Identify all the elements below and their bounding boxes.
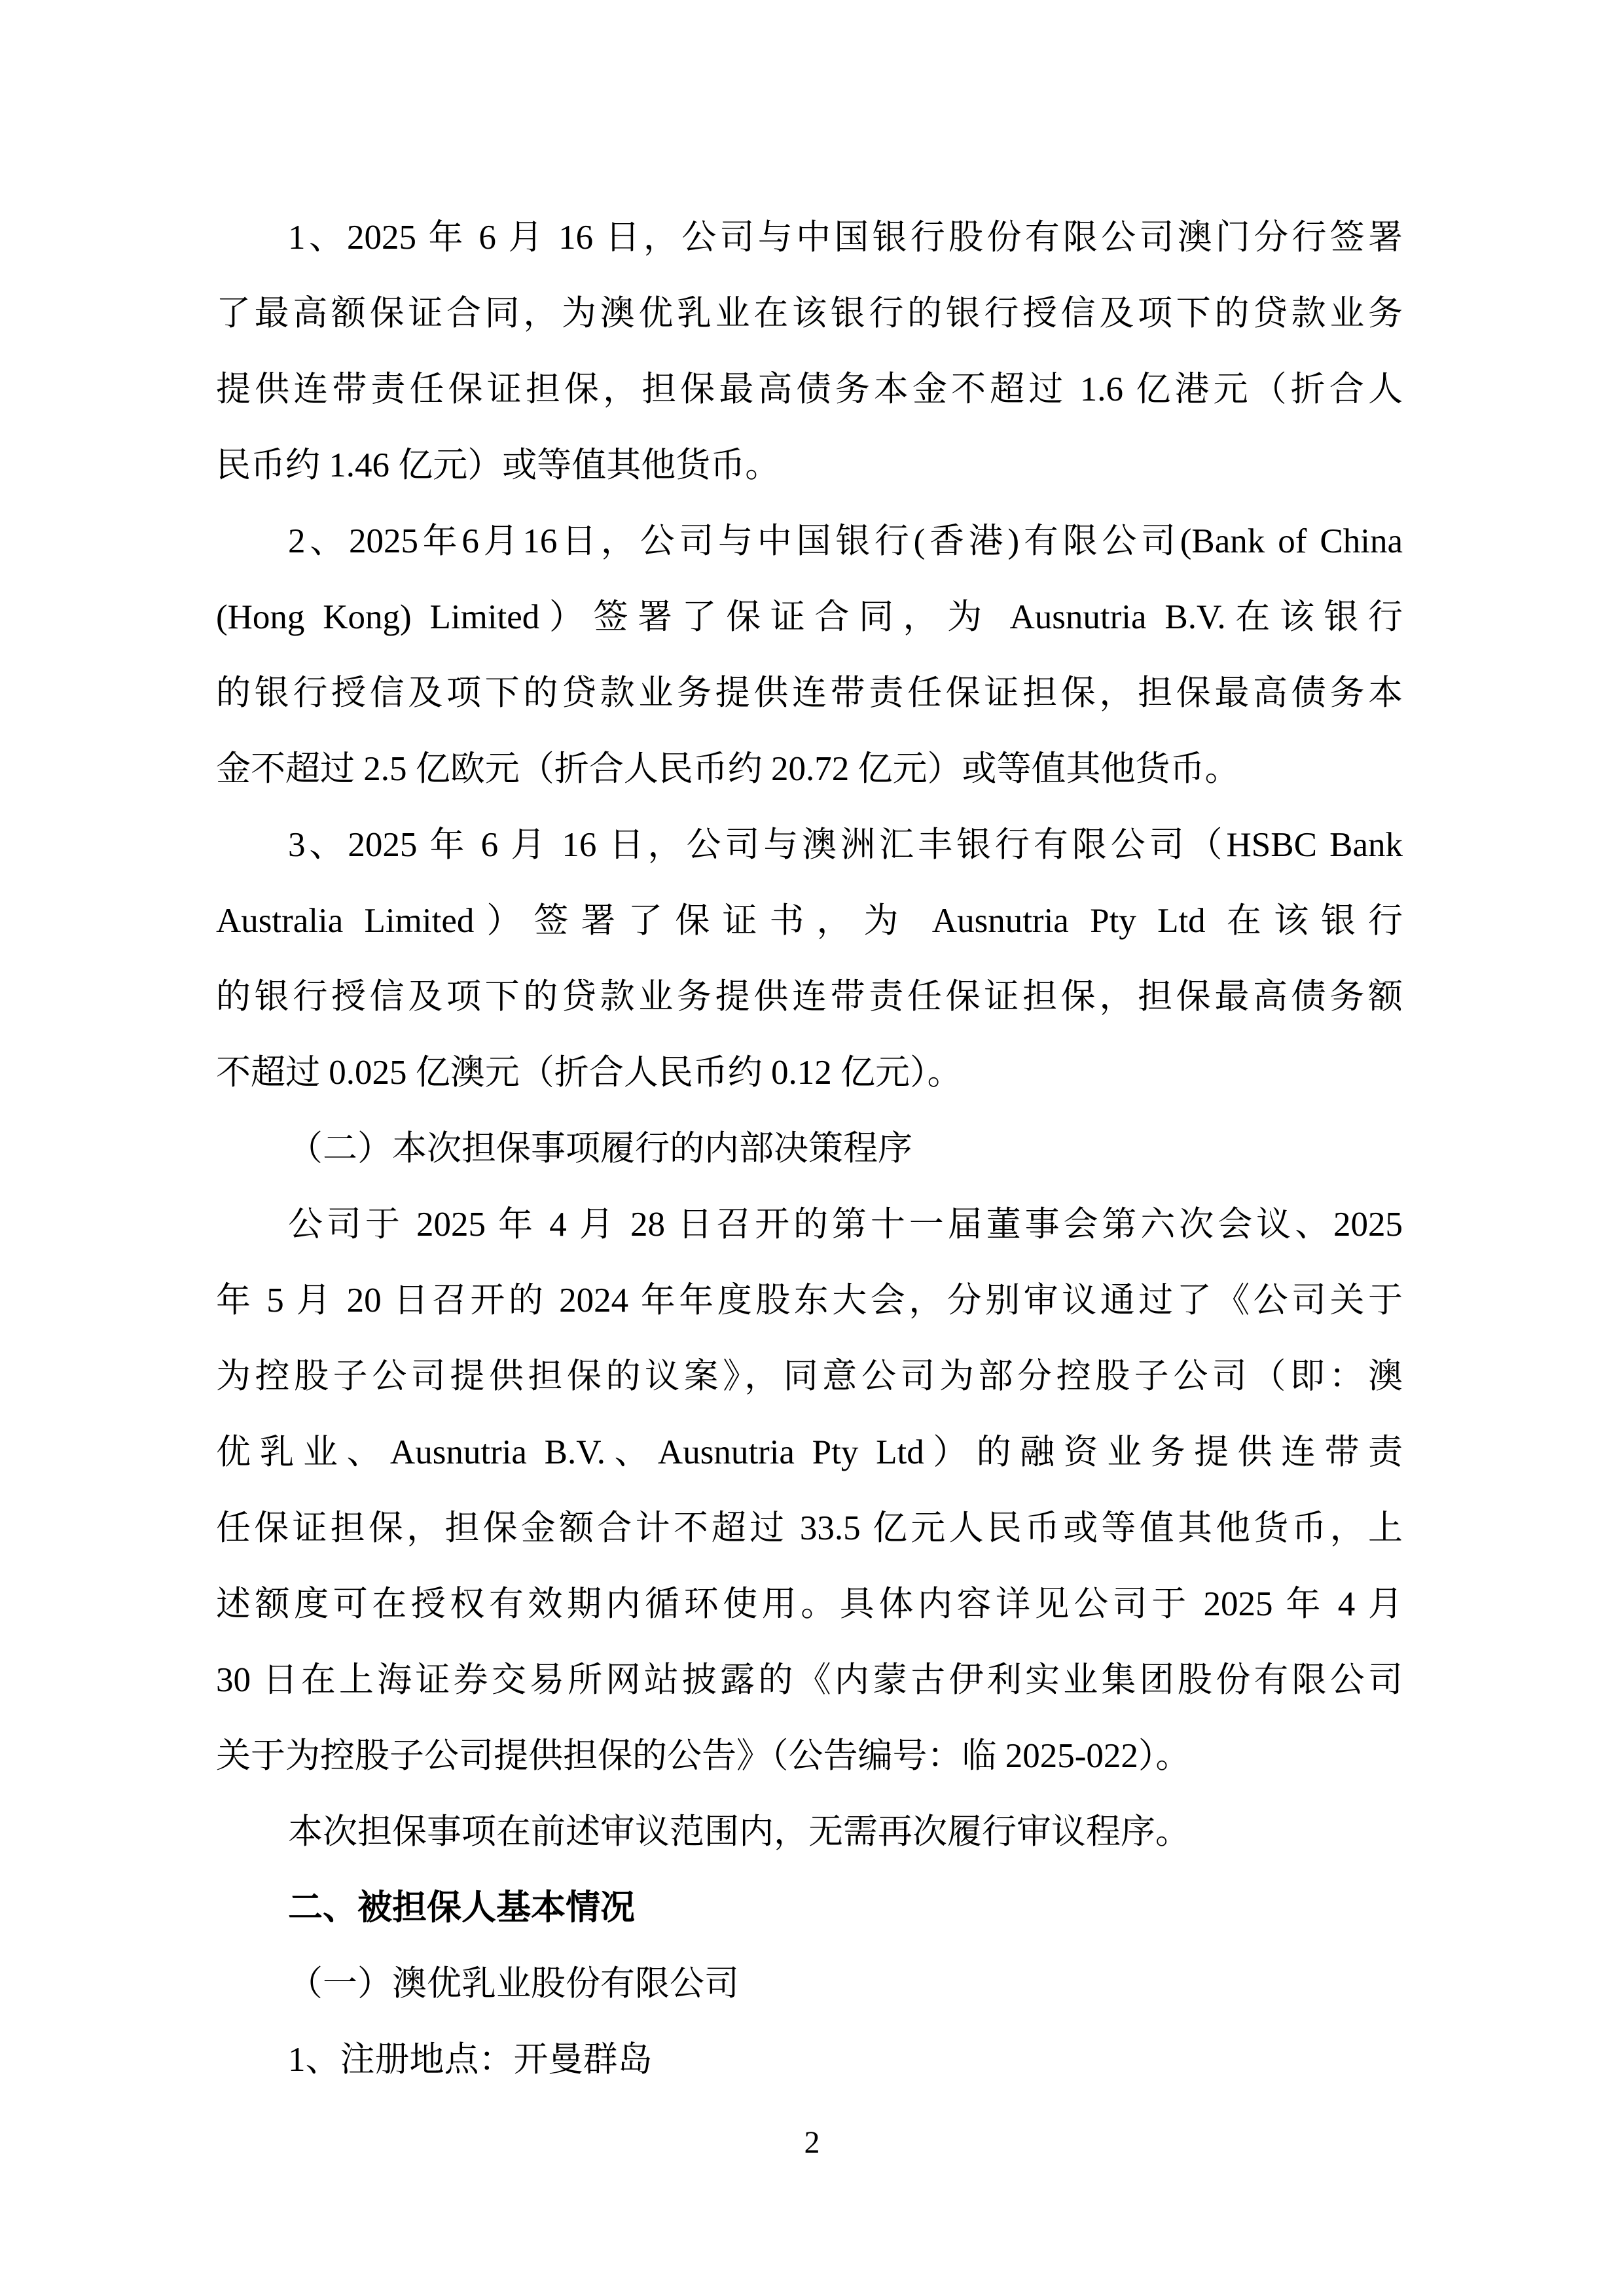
text-line: 的银行授信及项下的贷款业务提供连带责任保证担保，担保最高债务本 (216, 655, 1403, 731)
text-line: 提供连带责任保证担保，担保最高债务本金不超过 1.6 亿港元（折合人 (216, 351, 1403, 427)
text-line: 本次担保事项在前述审议范围内，无需再次履行审议程序。 (216, 1794, 1403, 1870)
text-line: 金不超过 2.5 亿欧元（折合人民币约 20.72 亿元）或等值其他货币。 (216, 731, 1403, 807)
text-line: 任保证担保，担保金额合计不超过 33.5 亿元人民币或等值其他货币，上 (216, 1490, 1403, 1566)
text-line: Australia Limited）签署了保证书，为 Ausnutria Pty… (216, 883, 1403, 959)
text-line: (Hong Kong) Limited）签署了保证合同，为 Ausnutria … (216, 579, 1403, 655)
text-line: 了最高额保证合同，为澳优乳业在该银行的银行授信及项下的贷款业务 (216, 276, 1403, 351)
page-number: 2 (0, 2127, 1624, 2159)
text-line: 3、2025 年 6 月 16 日，公司与澳洲汇丰银行有限公司（HSBC Ban… (216, 807, 1403, 883)
text-line: 公司于 2025 年 4 月 28 日召开的第十一届董事会第六次会议、2025 (216, 1187, 1403, 1263)
section-subheading: （一）澳优乳业股份有限公司 (216, 1946, 1403, 2022)
text-line: 优乳业、Ausnutria B.V.、Ausnutria Pty Ltd）的融资… (216, 1414, 1403, 1490)
text-line: 述额度可在授权有效期内循环使用。具体内容详见公司于 2025 年 4 月 (216, 1566, 1403, 1642)
section-subheading: （二）本次担保事项履行的内部决策程序 (216, 1111, 1403, 1187)
text-line: 2、2025年6月16日，公司与中国银行(香港)有限公司(Bank of Chi… (216, 503, 1403, 579)
text-line: 30 日在上海证券交易所网站披露的《内蒙古伊利实业集团股份有限公司 (216, 1642, 1403, 1718)
document-body: 1、2025 年 6 月 16 日，公司与中国银行股份有限公司澳门分行签署 了最… (216, 200, 1403, 2098)
text-line: 民币约 1.46 亿元）或等值其他货币。 (216, 427, 1403, 503)
text-line: 不超过 0.025 亿澳元（折合人民币约 0.12 亿元）。 (216, 1035, 1403, 1111)
text-line: 年 5 月 20 日召开的 2024 年年度股东大会，分别审议通过了《公司关于 (216, 1263, 1403, 1338)
document-page: 1、2025 年 6 月 16 日，公司与中国银行股份有限公司澳门分行签署 了最… (0, 0, 1624, 2296)
text-line: 1、注册地点：开曼群岛 (216, 2022, 1403, 2098)
text-line: 为控股子公司提供担保的议案》，同意公司为部分控股子公司（即：澳 (216, 1338, 1403, 1414)
text-line: 的银行授信及项下的贷款业务提供连带责任保证担保，担保最高债务额 (216, 959, 1403, 1035)
text-line: 关于为控股子公司提供担保的公告》（公告编号：临 2025-022）。 (216, 1718, 1403, 1794)
text-line: 1、2025 年 6 月 16 日，公司与中国银行股份有限公司澳门分行签署 (216, 200, 1403, 276)
section-heading: 二、被担保人基本情况 (216, 1870, 1403, 1946)
